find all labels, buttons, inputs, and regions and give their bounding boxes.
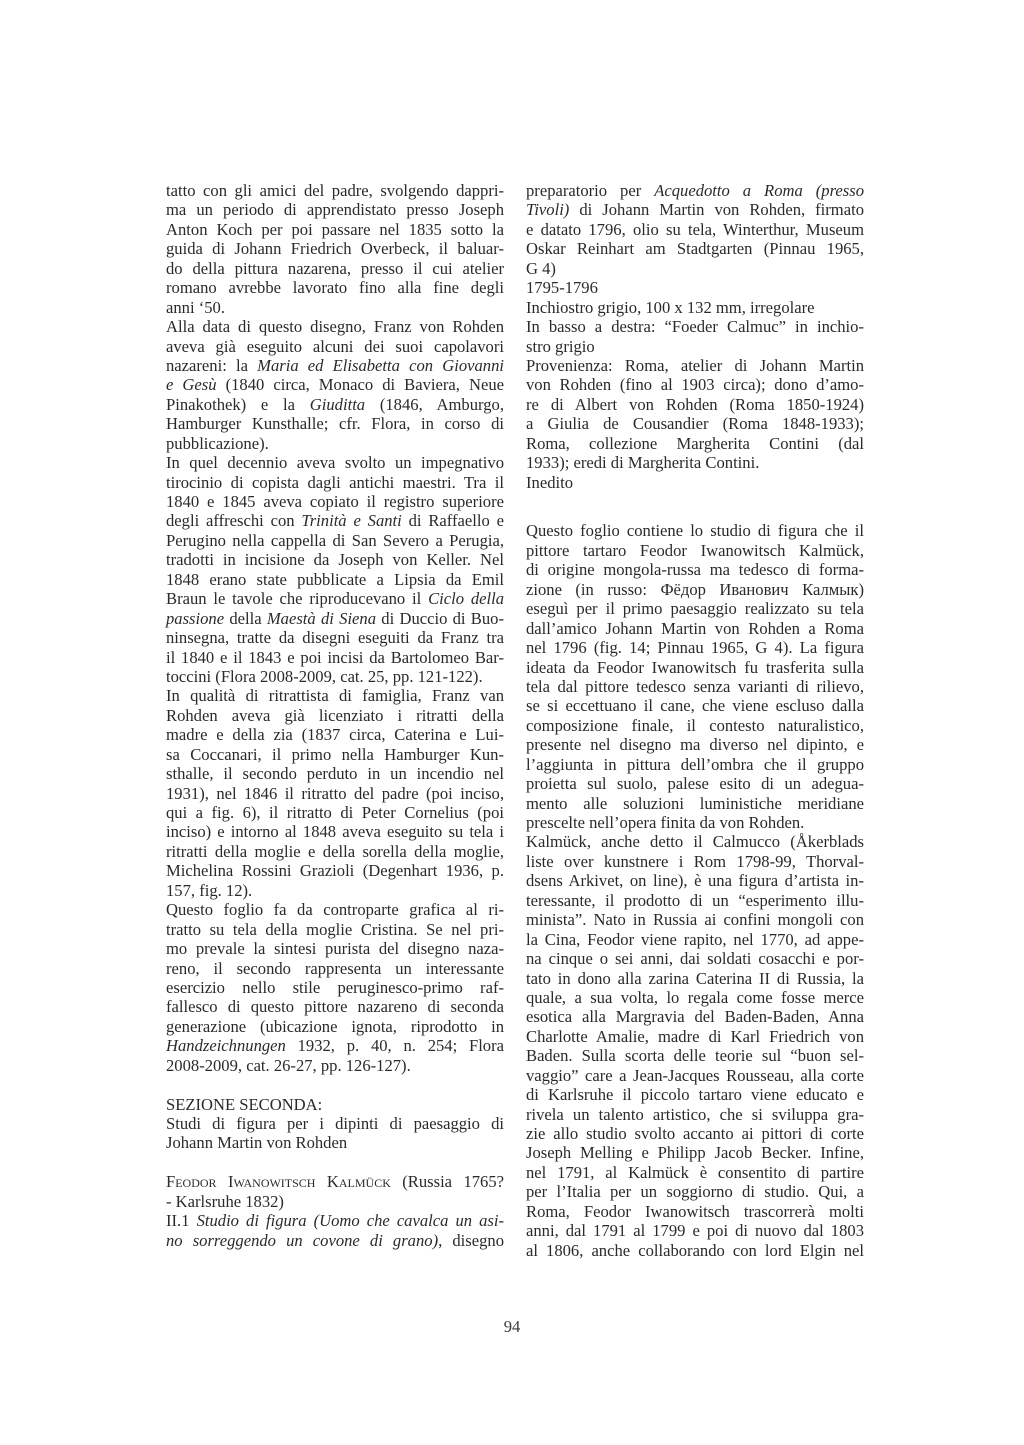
text-line: dsens Arkivet, on line), è una figura d’… [526, 871, 864, 890]
text-line: pittore tartaro Feodor Iwanowitsch Kalmü… [526, 541, 864, 560]
publication-title: Handzeichnungen [166, 1036, 286, 1055]
text-line: minista”. Nato in Russia ai confini mong… [526, 910, 864, 929]
text-line: sa Coccanari, il primo nella Hamburger K… [166, 745, 504, 764]
text-line: Kalmück, anche detto il Calmucco (Åkerbl… [526, 832, 864, 851]
text-line: degli affreschi con Trinità e Santi di R… [166, 511, 504, 530]
text-line: Roma, collezione Margherita Contini (dal [526, 434, 864, 453]
text-line: Pinakothek) e la Giuditta (1846, Amburgo… [166, 395, 504, 414]
text-line: na cinque o sei anni, dai soldati cosacc… [526, 949, 864, 968]
text-line: tatto con gli amici del padre, svolgendo… [166, 181, 504, 200]
text-line: Rohden aveva già licenziato i ritratti d… [166, 706, 504, 725]
text-line: quale, a sua volta, lo regala come fosse… [526, 988, 864, 1007]
text-line: prescelte nell’opera finita da von Rohde… [526, 813, 864, 832]
text-run: (1846, Amburgo, [365, 395, 504, 414]
spacer [166, 1075, 504, 1094]
text-line: II.1 Studio di figura (Uomo che cavalca … [166, 1211, 504, 1230]
text-line: In qualità di ritrattista di famiglia, F… [166, 686, 504, 705]
artwork-title: Maria ed Elisabetta con Giovanni [257, 356, 504, 375]
artwork-title: e Gesù [166, 375, 217, 394]
text-line: fallesco di questo pittore nazareno di s… [166, 997, 504, 1016]
text-line: di Karlsruhe il piccolo tartaro viene ed… [526, 1085, 864, 1104]
text-line: proietta sul suolo, palese esito di un a… [526, 774, 864, 793]
text-run: (1840 circa, Monaco di Baviera, Neue [217, 375, 504, 394]
artwork-title: Acquedotto a Roma (presso [654, 181, 864, 200]
text-line: qui a fig. 6), il ritratto di Peter Corn… [166, 803, 504, 822]
text-line: al 1806, anche collaborando con lord Elg… [526, 1241, 864, 1260]
paragraph-artist-biography: Kalmück, anche detto il Calmucco (Åkerbl… [526, 832, 864, 1260]
text-run: di Raffaello e [402, 511, 504, 530]
text-line: 1931), nel 1846 il ritratto del padre (p… [166, 784, 504, 803]
text-line: tradotti in incisione da Joseph von Kell… [166, 550, 504, 569]
text-line: inciso) e intorno al 1848 aveva eseguito… [166, 822, 504, 841]
text-line: rivela un talento artistico, che si svil… [526, 1105, 864, 1124]
text-line: Alla data di questo disegno, Franz von R… [166, 317, 504, 336]
text-line: do della pittura nazarena, presso il cui… [166, 259, 504, 278]
artwork-title: passione [166, 609, 224, 628]
text-line: di origine mongola-russa ma tedesco di f… [526, 560, 864, 579]
text-line: Hamburger Kunsthalle; cfr. Flora, in cor… [166, 414, 504, 433]
text-line: anni ‘50. [166, 298, 504, 317]
text-line: anni, dal 1791 al 1799 e poi di nuovo da… [526, 1221, 864, 1240]
text-line: Joseph Melling e Philipp Jacob Becker. I… [526, 1143, 864, 1162]
text-line: teressante, il prodotto di un “esperimen… [526, 891, 864, 910]
text-line: nel 1796 (fig. 14; Pinnau 1965, G 4). La… [526, 638, 864, 657]
artwork-title: Giuditta [310, 395, 365, 414]
text-line: esercizio nello stile peruginesco-primo … [166, 978, 504, 997]
artwork-title: Trinità e Santi [301, 511, 401, 530]
right-column: preparatorio per Acquedotto a Roma (pres… [526, 181, 864, 1260]
text-line: 2008-2009, cat. 26-27, pp. 126-127). [166, 1056, 504, 1075]
text-line: nazareni: la Maria ed Elisabetta con Gio… [166, 356, 504, 375]
text-line: madre e della zia (1837 circa, Caterina … [166, 725, 504, 744]
text-line: 157, fig. 12). [166, 881, 504, 900]
text-line: Feodor Iwanowitsch Kalmück (Russia 1765? [166, 1172, 504, 1191]
text-line: aveva già eseguito alcuni dei suoi capol… [166, 337, 504, 356]
text-line: Michelina Rossini Grazioli (Degenhart 19… [166, 861, 504, 880]
text-line: ideata da Feodor Iwanowitsch fu trasferi… [526, 658, 864, 677]
text-line: ma un periodo di apprendistato presso Jo… [166, 200, 504, 219]
text-line: In quel decennio aveva svolto un impegna… [166, 453, 504, 472]
spacer [526, 511, 864, 521]
text-line: ritratti della moglie e della sorella de… [166, 842, 504, 861]
left-column: tatto con gli amici del padre, svolgendo… [166, 181, 504, 1250]
entry-date: 1795-1796 [526, 278, 864, 297]
text-line: se si eccettuano il cane, che viene escl… [526, 696, 864, 715]
text-line: mo prevale la sintesi purista del disegn… [166, 939, 504, 958]
text-run: Braun le tavole che riproducevano il [166, 589, 428, 608]
entry-inscription: stro grigio [526, 337, 864, 356]
text-line: no sorreggendo un covone di grano), dise… [166, 1231, 504, 1250]
text-line: Perugino nella cappella di San Severo a … [166, 531, 504, 550]
text-line: Questo foglio fa da controparte grafica … [166, 900, 504, 919]
artwork-title: Maestà di Siena [267, 609, 376, 628]
catalogue-number: II.1 [166, 1211, 197, 1230]
text-run: disegno [442, 1231, 504, 1250]
section-heading: SEZIONE SECONDA: [166, 1095, 504, 1114]
entry-medium: Inchiostro grigio, 100 x 132 mm, irregol… [526, 298, 864, 317]
work-title: Studio di figura (Uomo che cavalca un as… [197, 1211, 504, 1230]
text-line: 1933); eredi di Margherita Contini. [526, 453, 864, 472]
text-line: Tivoli) di Johann Martin von Rohden, fir… [526, 200, 864, 219]
text-line: romano avrebbe lavorato fino alla fine d… [166, 278, 504, 297]
text-line: eseguì per il primo paesaggio realizzato… [526, 599, 864, 618]
text-line: Anton Koch per poi passare nel 1835 sott… [166, 220, 504, 239]
paragraph-counterpart: Questo foglio fa da controparte grafica … [166, 900, 504, 1075]
artwork-title: Ciclo della [428, 589, 504, 608]
text-line: tela dal pittore tedesco senza varianti … [526, 677, 864, 696]
text-line: tratto su tela della moglie Cristina. Se… [166, 920, 504, 939]
section-header: SEZIONE SECONDA: Studi di figura per i d… [166, 1095, 504, 1153]
entry-provenance: Provenienza: Roma, atelier di Johann Mar… [526, 356, 864, 473]
paragraph-copyist: In quel decennio aveva svolto un impegna… [166, 453, 504, 686]
text-line: composizione finale, il contesto natural… [526, 716, 864, 735]
text-line: generazione (ubicazione ignota, riprodot… [166, 1017, 504, 1036]
text-line: reno, il secondo rappresenta un interess… [166, 959, 504, 978]
text-line: il 1840 e il 1843 e poi incisi da Bartol… [166, 648, 504, 667]
text-line: Roma, Feodor Iwanowitsch trascorrerà mol… [526, 1202, 864, 1221]
text-line: passione della Maestà di Siena di Duccio… [166, 609, 504, 628]
text-line: 1848 erano state pubblicate a Lipsia da … [166, 570, 504, 589]
text-line: e Gesù (1840 circa, Monaco di Baviera, N… [166, 375, 504, 394]
text-line: a Giulia de Cousandier (Roma 1848-1933); [526, 414, 864, 433]
text-line: guida di Johann Friedrich Overbeck, il b… [166, 239, 504, 258]
entry-inscription: In basso a destra: “Foeder Calmuc” in in… [526, 317, 864, 336]
paragraph-masterpieces: Alla data di questo disegno, Franz von R… [166, 317, 504, 453]
text-line: toccini (Flora 2008-2009, cat. 25, pp. 1… [166, 667, 504, 686]
text-line: ninsegna, tratte da disegni eseguiti da … [166, 628, 504, 647]
paragraph-training: tatto con gli amici del padre, svolgendo… [166, 181, 504, 317]
spacer [526, 492, 864, 511]
text-line: tato in dono alla zarina Caterina II di … [526, 969, 864, 988]
paragraph-portraits: In qualità di ritrattista di famiglia, F… [166, 686, 504, 900]
paragraph-study-description: Questo foglio contiene lo studio di figu… [526, 521, 864, 832]
spacer [166, 1153, 504, 1172]
text-line: Braun le tavole che riproducevano il Cic… [166, 589, 504, 608]
text-run: di Duccio di Buo- [376, 609, 504, 628]
text-run: degli affreschi con [166, 511, 301, 530]
text-line: Charlotte Amalie, madre di Karl Friedric… [526, 1027, 864, 1046]
text-line: von Rohden (fino al 1903 circa); dono d’… [526, 375, 864, 394]
text-line: nel 1791, al Kalmück è consentito di par… [526, 1163, 864, 1182]
text-line: G 4) [526, 259, 864, 278]
text-line: preparatorio per Acquedotto a Roma (pres… [526, 181, 864, 200]
text-line: pubblicazione). [166, 434, 504, 453]
text-line: Provenienza: Roma, atelier di Johann Mar… [526, 356, 864, 375]
text-run: 1932, p. 40, n. 254; Flora [286, 1036, 504, 1055]
text-line: liste over kunstnere i Rom 1798-99, Thor… [526, 852, 864, 871]
text-run: Pinakothek) e la [166, 395, 310, 414]
text-line: vaggio” care a Jean-Jacques Rousseau, al… [526, 1066, 864, 1085]
text-line: Baden. Sulla scorta delle teorie sul “bu… [526, 1046, 864, 1065]
text-line: esotica alla Margravia del Baden-Baden, … [526, 1007, 864, 1026]
text-line: Questo foglio contiene lo studio di figu… [526, 521, 864, 540]
text-line: sthalle, il secondo perduto in un incend… [166, 764, 504, 783]
text-line: per l’Italia per un soggiorno di studio.… [526, 1182, 864, 1201]
text-line: zione (in russo: Фёдор Иванович Калмык) [526, 580, 864, 599]
work-title: no sorreggendo un covone di grano), [166, 1231, 442, 1250]
page-number: 94 [0, 1317, 1024, 1337]
text-line: re di Albert von Rohden (Roma 1850-1924) [526, 395, 864, 414]
text-line: dall’amico Johann Martin von Rohden a Ro… [526, 619, 864, 638]
text-run: preparatorio per [526, 181, 654, 200]
artist-dates: (Russia 1765? [391, 1172, 504, 1191]
text-line: tirocinio di copista dagli antichi maest… [166, 473, 504, 492]
artist-name: Feodor Iwanowitsch Kalmück [166, 1172, 391, 1191]
book-page: tatto con gli amici del padre, svolgendo… [0, 0, 1024, 1445]
text-line: Handzeichnungen 1932, p. 40, n. 254; Flo… [166, 1036, 504, 1055]
text-line: e datato 1796, olio su tela, Winterthur,… [526, 220, 864, 239]
text-line: l’aggiunta in pittura dell’ombra che il … [526, 755, 864, 774]
text-line: presente nel disegno ma diverso nel dipi… [526, 735, 864, 754]
entry-publication: Inedito [526, 473, 864, 492]
text-line: zie allo studio svolto accanto ai pittor… [526, 1124, 864, 1143]
text-line: - Karlsruhe 1832) [166, 1192, 504, 1211]
artwork-title: Tivoli) [526, 200, 569, 219]
text-line: Oskar Reinhart am Stadtgarten (Pinnau 19… [526, 239, 864, 258]
section-subtitle: Studi di figura per i dipinti di paesagg… [166, 1114, 504, 1133]
catalogue-entry-header: Feodor Iwanowitsch Kalmück (Russia 1765?… [166, 1172, 504, 1250]
catalogue-entry-details: preparatorio per Acquedotto a Roma (pres… [526, 181, 864, 492]
section-subtitle: Johann Martin von Rohden [166, 1133, 504, 1152]
text-run: della [224, 609, 267, 628]
text-run: nazareni: la [166, 356, 257, 375]
text-line: la Cina, Feodor viene rapito, nel 1770, … [526, 930, 864, 949]
text-line: 1840 e 1845 aveva copiato il registro su… [166, 492, 504, 511]
text-line: mento alle soluzioni luministiche meridi… [526, 794, 864, 813]
text-run: di Johann Martin von Rohden, firmato [569, 200, 864, 219]
